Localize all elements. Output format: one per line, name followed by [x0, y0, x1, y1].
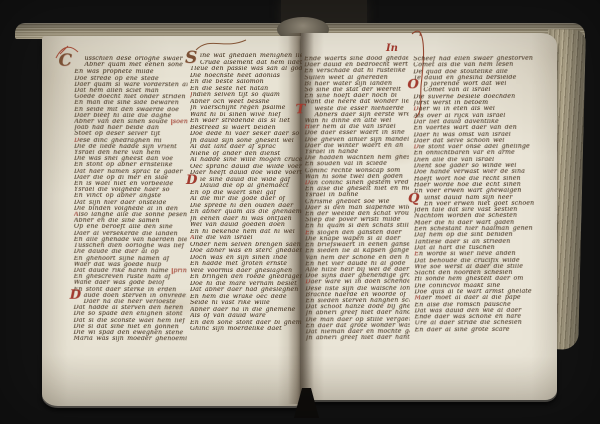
rubricated-letter: D	[305, 279, 310, 286]
manuscript-line: Jn abneri greef niet daer hant	[306, 335, 410, 342]
rubric-initial: Q	[408, 192, 420, 205]
rubric-initial: O	[407, 79, 419, 92]
rubric-initial: S	[185, 50, 197, 67]
manuscript-line: En daer al sine grote scare	[415, 326, 546, 333]
rubricated-letter: A	[190, 235, 195, 241]
text-column-right-1: Ende waerts sine dood ghedaenDaer dauid …	[304, 56, 409, 342]
text-column-right-2: Scheef had ellen swaer ghestorvenComet a…	[413, 56, 545, 334]
rubricated-letter: A	[74, 212, 79, 218]
rubricated-letter: D	[414, 144, 419, 151]
text-column-left-2: ine wat ghedaen menighen lietCrude alsem…	[190, 53, 302, 333]
rubric-initial: T	[295, 103, 305, 116]
rubricated-letter: D	[305, 180, 310, 187]
rubricated-letter: E	[305, 229, 310, 236]
manuscript-photo: In usschien dese orloghe swaerAbner quam…	[0, 0, 600, 424]
rubricated-letter: J	[190, 92, 193, 98]
pen-flourish-icon	[194, 34, 250, 54]
rubric-boxed-word: soen	[171, 119, 187, 126]
manuscript-line: Ghinc sijn moerdelike daet	[190, 326, 302, 333]
rubricated-letter: H	[305, 124, 311, 131]
rubricated-letter: D	[414, 106, 419, 113]
rubricated-letter: M	[415, 295, 422, 302]
rubric-initial: D	[70, 288, 81, 301]
rubricated-letter: D	[74, 137, 79, 143]
text-column-left-1: usschien dese orloghe swaerAbner quam me…	[74, 56, 188, 343]
manuscript-line: Maria was sijn moeder ghenoemt	[74, 336, 187, 343]
rubricated-letter: E	[414, 251, 419, 258]
rubric-initial: D	[186, 174, 197, 187]
rubric-boxed-word: prins	[171, 268, 186, 275]
rubric-initial: C	[58, 53, 72, 70]
folio-mark: In	[386, 43, 398, 54]
